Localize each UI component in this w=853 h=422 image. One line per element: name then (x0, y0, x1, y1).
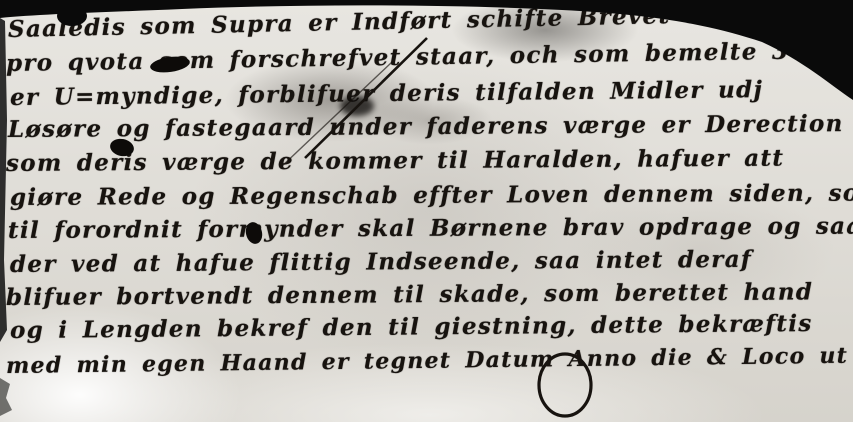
manuscript-page: Saaledis som Supra er Indført schifte Br… (0, 0, 853, 422)
manuscript-line: er U=myndige, forblifuer deris tilfalden… (10, 76, 763, 111)
manuscript-line: pro qvota som forschrefvet staar, och so… (6, 36, 853, 77)
manuscript-line: der ved at hafue flittig Indseende, saa … (10, 246, 752, 278)
paper-tear (0, 378, 12, 416)
manuscript-line: giøre Rede og Regenschab effter Loven de… (10, 179, 853, 211)
manuscript-line: blifuer bortvendt dennem til skade, som … (6, 278, 813, 311)
manuscript-line: Løsøre og fastegaard under faderens værg… (8, 110, 844, 143)
ink-smudge (340, 96, 374, 116)
manuscript-line: med min egen Haand er tegnet Datum Anno … (6, 342, 853, 379)
manuscript-line: og i Lengden bekref den til giestning, d… (10, 310, 813, 344)
manuscript-line: Saaledis som Supra er Indført schifte Br… (8, 0, 842, 43)
manuscript-line: til forordnit formynder skal Børnene bra… (8, 213, 853, 244)
